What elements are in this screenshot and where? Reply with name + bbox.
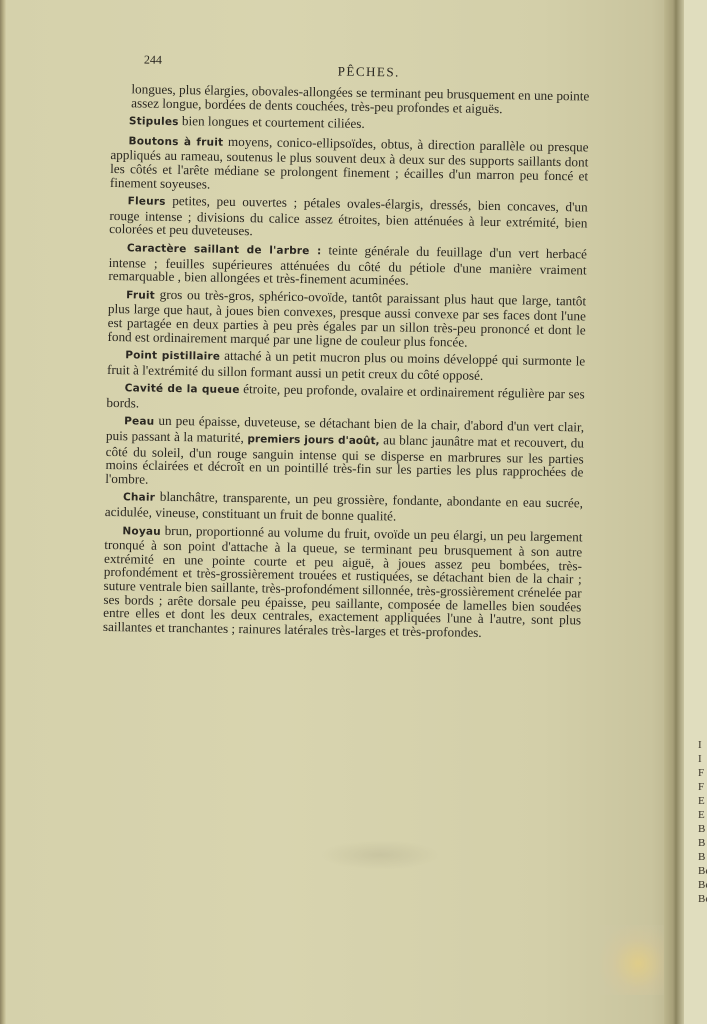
fragment: B [698, 822, 707, 836]
paragraph-fruit: Fruit gros ou très-gros, sphérico-ovoïde… [107, 287, 586, 351]
term-peau: Peau [124, 416, 154, 428]
paragraph-boutons: Boutons à fruit moyens, conico-ellipsoïd… [110, 133, 589, 197]
fragment: I [698, 738, 707, 752]
library-stamp-mark [600, 925, 664, 995]
paragraph-peau: Peau un peu épaisse, duveteuse, se détac… [105, 413, 584, 492]
term-chair: Chair [123, 492, 155, 505]
fragment: B [698, 836, 707, 850]
term-stipules: Stipules [129, 115, 179, 128]
fragment: F [698, 766, 707, 780]
page-number: 244 [144, 53, 162, 68]
term-noyau: Noyau [122, 525, 161, 538]
term-fruit: Fruit [126, 289, 155, 301]
term-boutons: Boutons à fruit [129, 135, 224, 148]
paragraph-chair: Chair blanchâtre, transparente, un peu g… [105, 489, 583, 526]
paragraph-text: bien longues et courtement ciliées. [179, 113, 365, 131]
paragraph-text: blanchâtre, transparente, un peu grossiè… [105, 489, 583, 523]
paragraph-stipules: Stipules bien longues et courtement cili… [111, 113, 589, 136]
print-smudge [320, 840, 440, 870]
term-cavite: Cavité de la queue [125, 383, 240, 397]
fragment: E [698, 794, 707, 808]
term-fleurs: Fleurs [128, 195, 166, 208]
facing-page-edge: I I F F E E B B B Be Be Be [684, 0, 707, 1024]
fragment: B [698, 850, 707, 864]
page-gutter [664, 0, 684, 1024]
running-title: PÊCHES. [338, 64, 400, 81]
paragraph-cavite: Cavité de la queue étroite, peu profonde… [106, 380, 584, 417]
fragment: Be [698, 864, 707, 878]
paragraph-fleurs: Fleurs petites, peu ouvertes ; pétales o… [109, 193, 588, 243]
term-point-pistillaire: Point pistillaire [125, 349, 220, 362]
paragraph-text: petites, peu ouvertes ; pétales ovales-é… [109, 193, 588, 239]
paragraph-caractere: Caractère saillant de l'arbre : teinte g… [108, 240, 587, 290]
paragraph-point-pistillaire: Point pistillaire attaché à un petit muc… [107, 347, 585, 384]
paragraph-noyau: Noyau brun, proportionné au volume du fr… [103, 523, 583, 641]
facing-page-text-fragments: I I F F E E B B B Be Be Be [698, 738, 707, 906]
paragraph-text: gros ou très-gros, sphérico-ovoïde, tant… [107, 286, 586, 349]
fragment: Be [698, 878, 707, 892]
paragraph-text: brun, proportionné au volume du fruit, o… [103, 522, 583, 639]
fragment: Be [698, 892, 707, 906]
fragment: E [698, 808, 707, 822]
fragment: F [698, 780, 707, 794]
page-content: 244 PÊCHES. longues, plus élargies, obov… [103, 52, 590, 645]
fragment: I [698, 752, 707, 766]
